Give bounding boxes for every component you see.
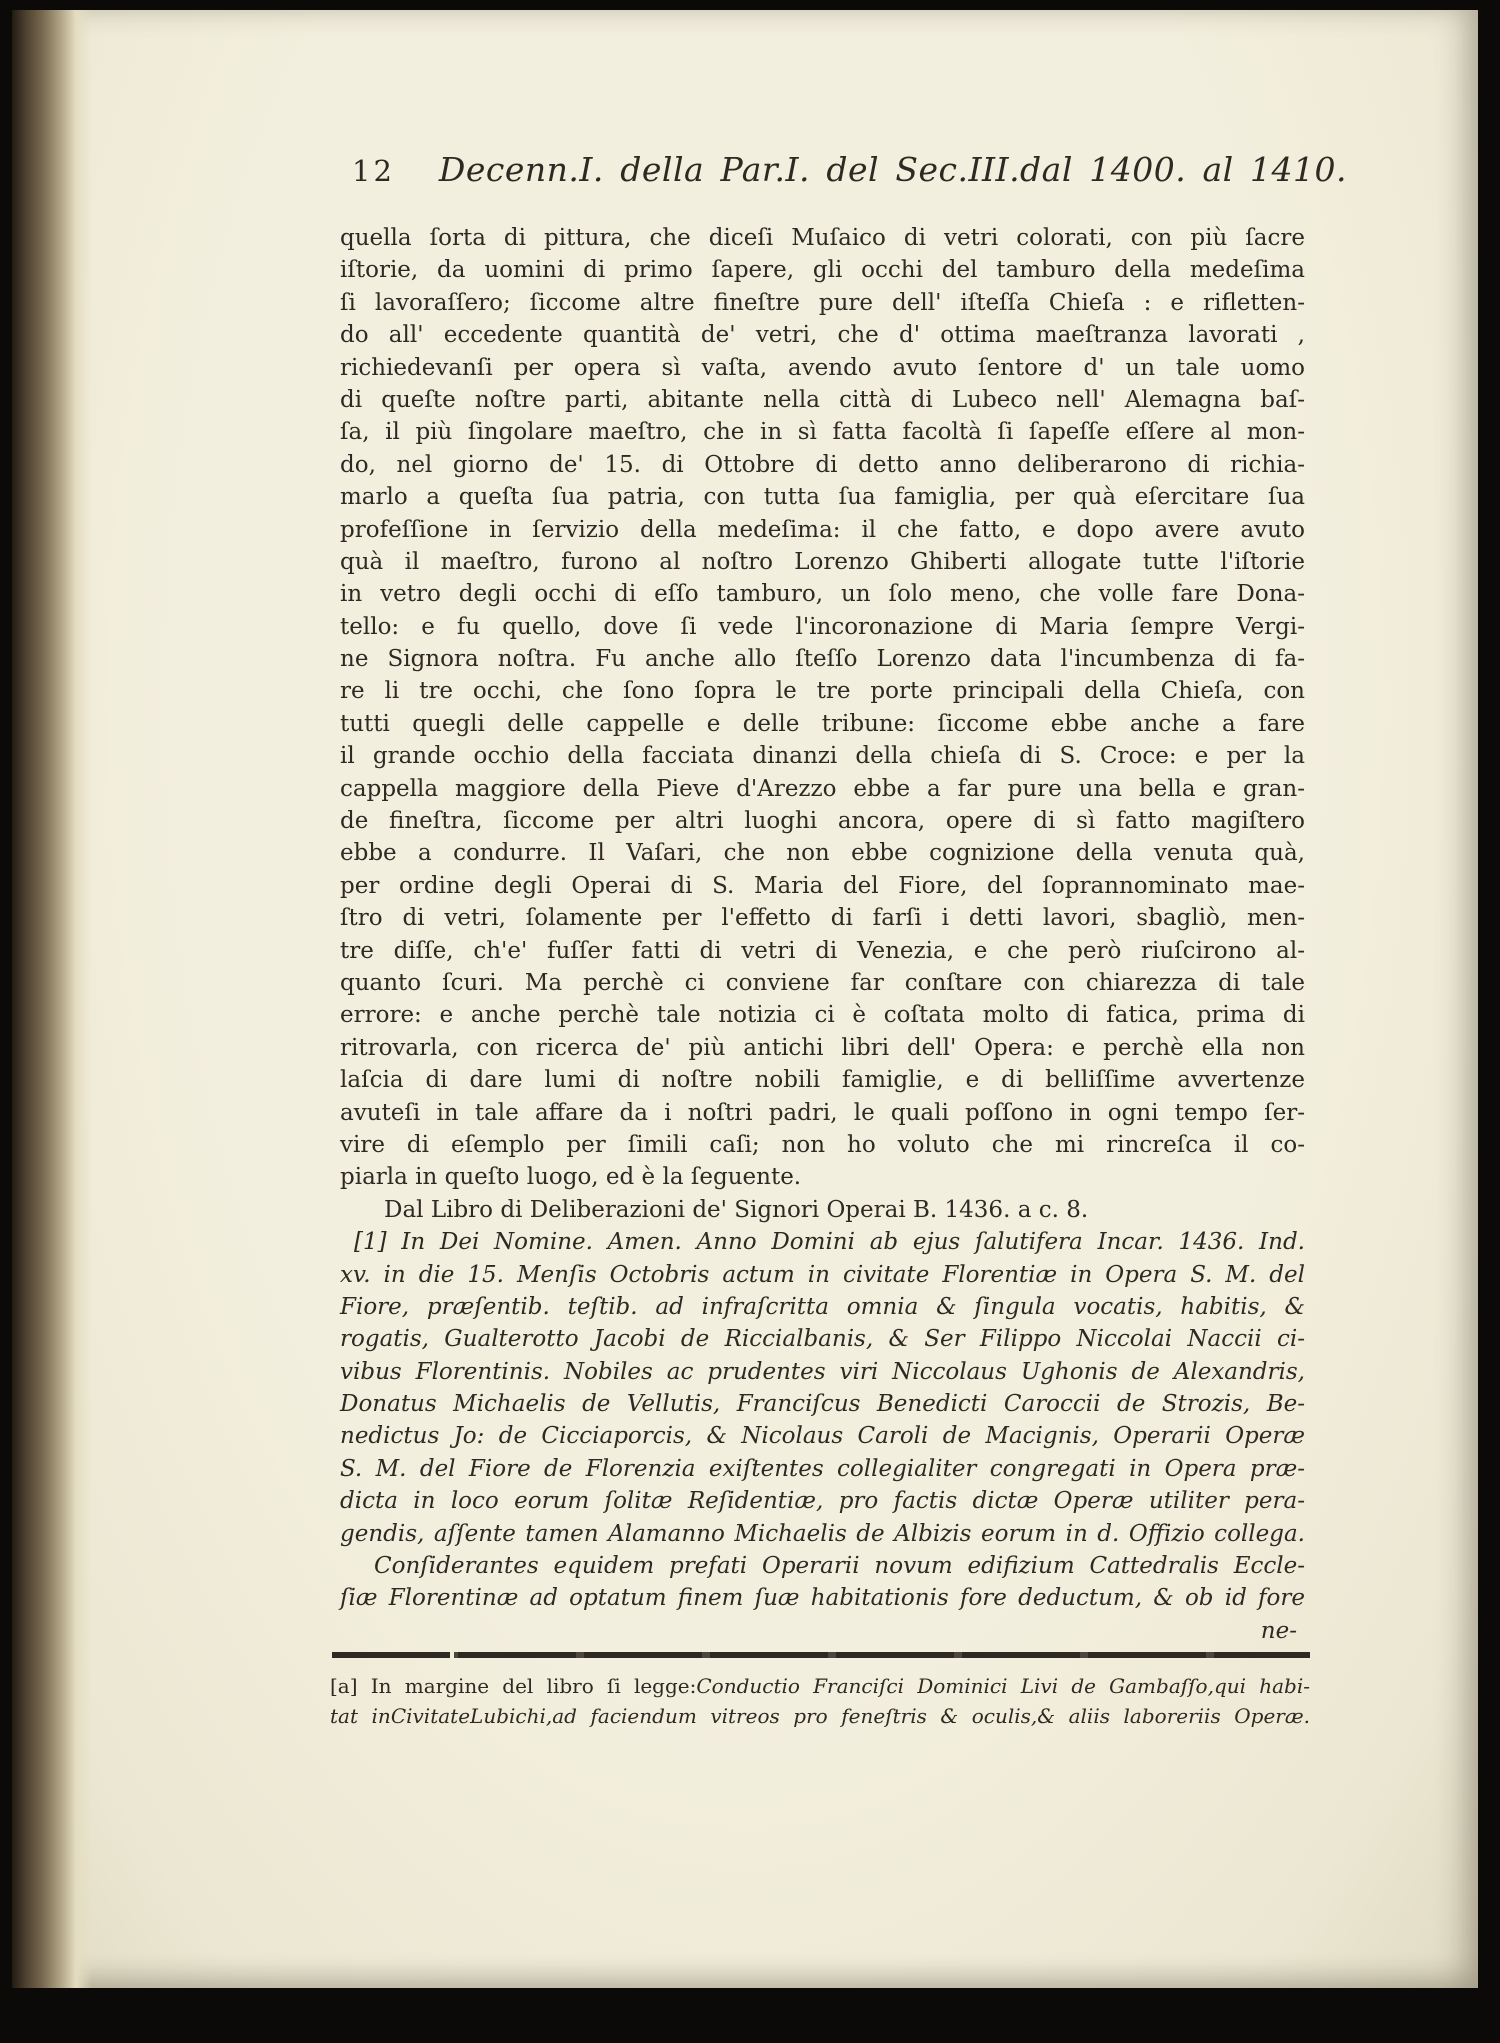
- footnote-run: tat inCivitateLubichi,ad faciendum vitre…: [330, 1704, 1310, 1728]
- running-header-title: Decenn.I. della Par.I. del Sec.III.dal 1…: [439, 150, 1347, 189]
- text-line: gendis, aſſente tamen Alamanno Michaelis…: [340, 1518, 1305, 1550]
- footnote-rule: [332, 1652, 1310, 1658]
- page-gutter-shadow: [12, 10, 92, 1988]
- text-line: ritrovarla, con ricerca de' più antichi …: [340, 1032, 1305, 1064]
- body-text: quella ſorta di pittura, che diceſi Muſa…: [340, 222, 1305, 1647]
- text-line: quà il maeſtro, furono al noſtro Lorenzo…: [340, 546, 1305, 578]
- running-header: 12 Decenn.I. della Par.I. del Sec.III.da…: [352, 150, 1347, 189]
- text-line: per ordine degli Operai di S. Maria del …: [340, 870, 1305, 902]
- text-line: do, nel giorno de' 15. di Ottobre di det…: [340, 449, 1305, 481]
- text-line: quanto ſcuri. Ma perchè ci conviene far …: [340, 967, 1305, 999]
- text-line: Conſiderantes equidem prefati Operarii n…: [340, 1550, 1305, 1582]
- text-line: de fineſtra, ſiccome per altri luoghi an…: [340, 805, 1305, 837]
- footnote-run: [a] In margine del libro ſi legge:: [330, 1674, 696, 1698]
- catchword: ne-: [340, 1615, 1305, 1647]
- text-line: rogatis, Gualterotto Jacobi de Riccialba…: [340, 1323, 1305, 1355]
- text-line: di queſte noſtre parti, abitante nella c…: [340, 384, 1305, 416]
- text-line: cappella maggiore della Pieve d'Arezzo e…: [340, 773, 1305, 805]
- text-line: profeſſione in ſervizio della medeſima: …: [340, 514, 1305, 546]
- text-line: Fiore, præſentib. teſtib. ad infraſcritt…: [340, 1291, 1305, 1323]
- text-line: re li tre occhi, che ſono ſopra le tre p…: [340, 675, 1305, 707]
- text-line: xv. in die 15. Menſis Octobris actum in …: [340, 1259, 1305, 1291]
- text-line: nedictus Jo: de Cicciaporcis, & Nicolaus…: [340, 1420, 1305, 1452]
- text-line: ſi lavoraſſero; ſiccome altre fineſtre p…: [340, 287, 1305, 319]
- footnote-line: tat inCivitateLubichi,ad faciendum vitre…: [330, 1702, 1310, 1732]
- text-line: ne Signora noſtra. Fu anche allo ſteſſo …: [340, 643, 1305, 675]
- text-line: in vetro degli occhi di eſſo tamburo, un…: [340, 578, 1305, 610]
- text-line: richiedevanſi per opera sì vaſta, avendo…: [340, 352, 1305, 384]
- text-line: tre diſſe, ch'e' fuſſer fatti di vetri d…: [340, 935, 1305, 967]
- text-line: laſcia di dare lumi di noſtre nobili fam…: [340, 1064, 1305, 1096]
- text-line: S. M. del Fiore de Florenzia exiſtentes …: [340, 1453, 1305, 1485]
- text-line: ſa, il più ſingolare maeſtro, che in sì …: [340, 416, 1305, 448]
- text-line: vibus Florentinis. Nobiles ac prudentes …: [340, 1356, 1305, 1388]
- text-line: [1] In Dei Nomine. Amen. Anno Domini ab …: [340, 1226, 1305, 1258]
- text-line: Dal Libro di Deliberazioni de' Signori O…: [340, 1194, 1305, 1226]
- text-line: errore: e anche perchè tale notizia ci è…: [340, 999, 1305, 1031]
- text-line: ſiæ Florentinæ ad optatum finem ſuæ habi…: [340, 1582, 1305, 1614]
- footnote-line: [a] In margine del libro ſi legge:Conduc…: [330, 1672, 1310, 1702]
- text-line: tello: e fu quello, dove ſi vede l'incor…: [340, 611, 1305, 643]
- scanned-book-photo: 12 Decenn.I. della Par.I. del Sec.III.da…: [0, 0, 1500, 2043]
- text-line: ebbe a condurre. Il Vaſari, che non ebbe…: [340, 837, 1305, 869]
- text-line: Donatus Michaelis de Vellutis, Franciſcu…: [340, 1388, 1305, 1420]
- text-line: ſtro di vetri, ſolamente per l'effetto d…: [340, 902, 1305, 934]
- text-line: dicta in loco eorum ſolitæ Reſidentiæ, p…: [340, 1485, 1305, 1517]
- text-line: quella ſorta di pittura, che diceſi Muſa…: [340, 222, 1305, 254]
- text-line: do all' eccedente quantità de' vetri, ch…: [340, 319, 1305, 351]
- text-line: vire di eſemplo per ſimili caſi; non ho …: [340, 1129, 1305, 1161]
- text-line: il grande occhio della facciata dinanzi …: [340, 740, 1305, 772]
- page-number: 12: [352, 154, 395, 188]
- text-line: marlo a queſta ſua patria, con tutta ſua…: [340, 481, 1305, 513]
- text-line: avuteſi in tale affare da i noſtri padri…: [340, 1097, 1305, 1129]
- text-line: piarla in queſto luogo, ed è la ſeguente…: [340, 1161, 1305, 1193]
- footnote: [a] In margine del libro ſi legge:Conduc…: [330, 1672, 1310, 1731]
- text-line: tutti quegli delle cappelle e delle trib…: [340, 708, 1305, 740]
- footnote-run: Conductio Franciſci Dominici Livi de Gam…: [696, 1674, 1310, 1698]
- text-line: iſtorie, da uomini di primo ſapere, gli …: [340, 254, 1305, 286]
